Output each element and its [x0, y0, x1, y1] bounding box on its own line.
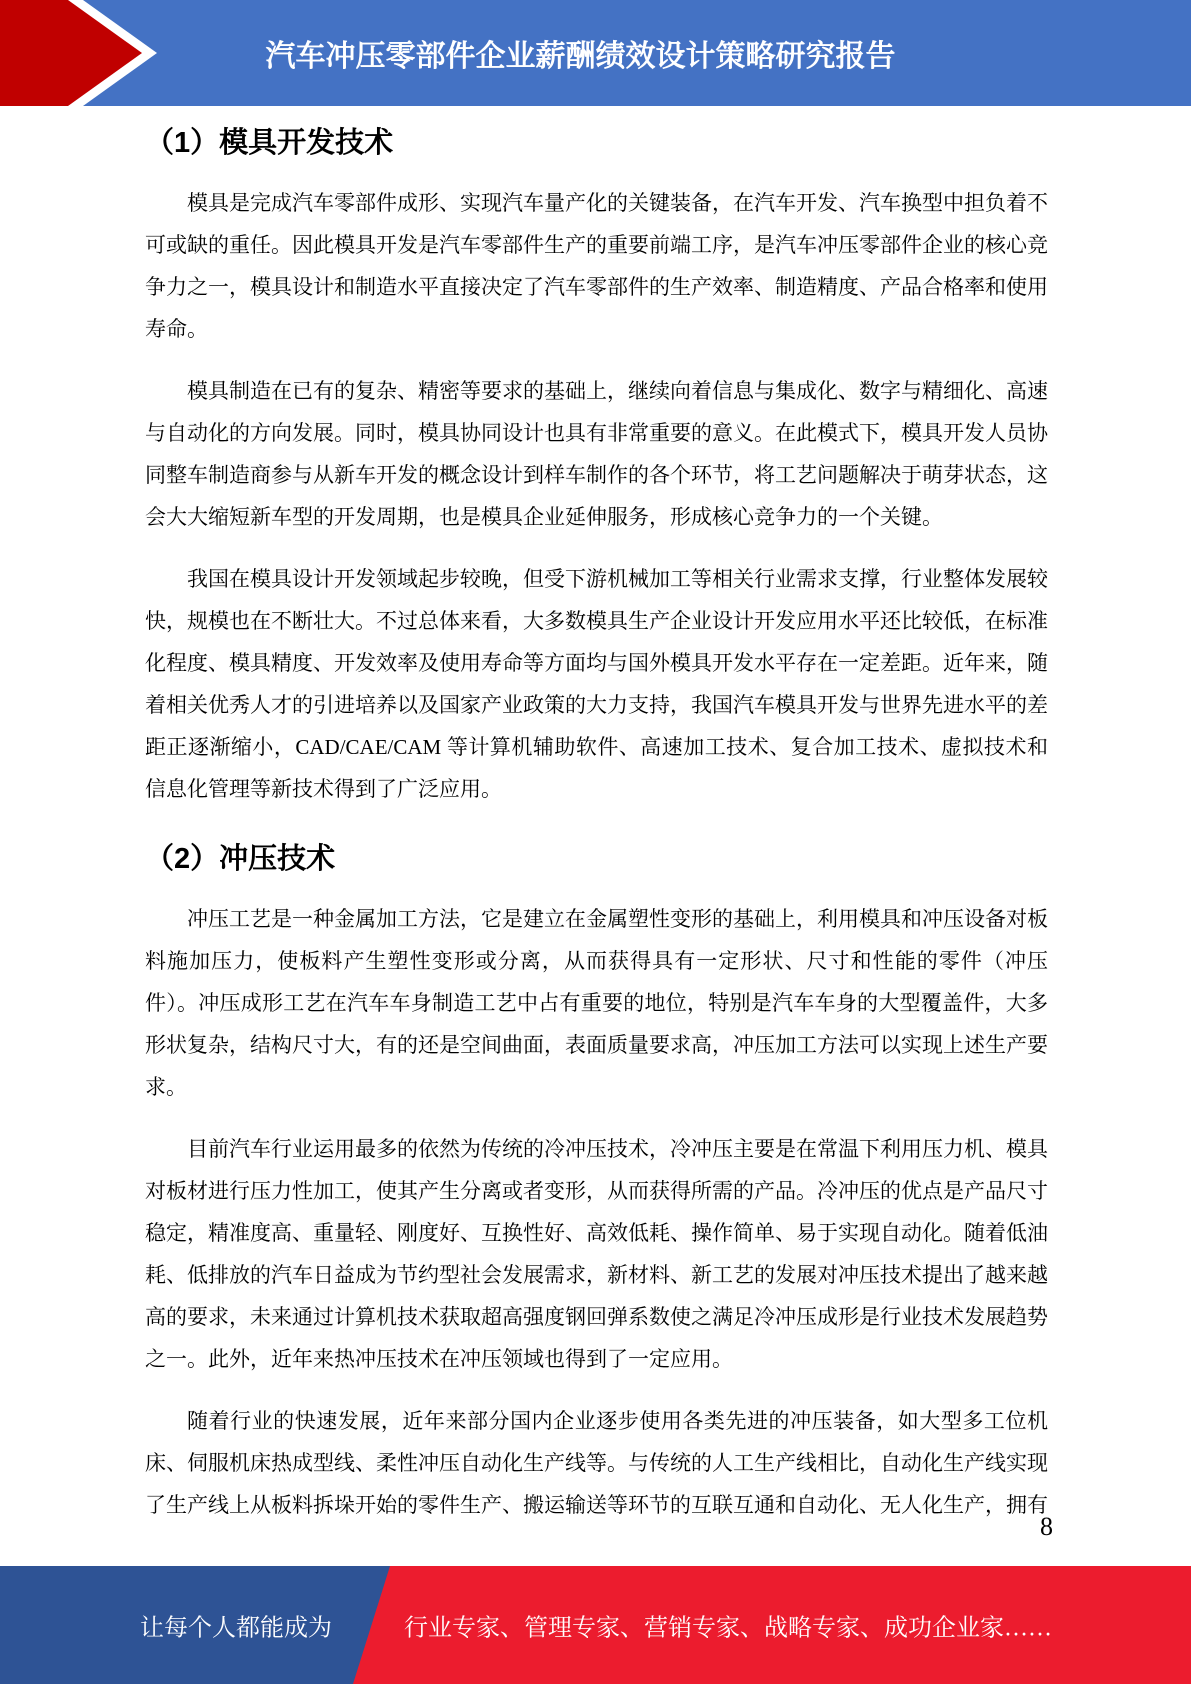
page-footer: 让每个人都能成为 行业专家、管理专家、营销专家、战略专家、成功企业家……: [0, 1566, 1191, 1684]
footer-slogan-left: 让每个人都能成为: [140, 1608, 332, 1643]
paragraph: 随着行业的快速发展，近年来部分国内企业逐步使用各类先进的冲压装备，如大型多工位机…: [145, 1400, 1048, 1526]
document-body: （1）模具开发技术 模具是完成汽车零部件成形、实现汽车量产化的关键装备，在汽车开…: [0, 106, 1191, 1526]
page-number: 8: [1040, 1512, 1053, 1542]
paragraph: 模具是完成汽车零部件成形、实现汽车量产化的关键装备，在汽车开发、汽车换型中担负着…: [145, 182, 1048, 350]
footer-slogan-right: 行业专家、管理专家、营销专家、战略专家、成功企业家……: [404, 1608, 1052, 1643]
report-header: 汽车冲压零部件企业薪酬绩效设计策略研究报告: [0, 0, 1191, 106]
section-stamping: （2）冲压技术 冲压工艺是一种金属加工方法，它是建立在金属塑性变形的基础上，利用…: [145, 840, 1048, 1526]
paragraph: 目前汽车行业运用最多的依然为传统的冷冲压技术，冷冲压主要是在常温下利用压力机、模…: [145, 1128, 1048, 1380]
paragraph: 模具制造在已有的复杂、精密等要求的基础上，继续向着信息与集成化、数字与精细化、高…: [145, 370, 1048, 538]
paragraph: 我国在模具设计开发领域起步较晚，但受下游机械加工等相关行业需求支撑，行业整体发展…: [145, 558, 1048, 810]
section-mold-development: （1）模具开发技术 模具是完成汽车零部件成形、实现汽车量产化的关键装备，在汽车开…: [145, 124, 1048, 810]
report-page: 汽车冲压零部件企业薪酬绩效设计策略研究报告 （1）模具开发技术 模具是完成汽车零…: [0, 0, 1191, 1684]
report-title: 汽车冲压零部件企业薪酬绩效设计策略研究报告: [266, 31, 896, 75]
section-heading-mold: （1）模具开发技术: [145, 124, 1048, 162]
section-heading-stamping: （2）冲压技术: [145, 840, 1048, 878]
red-arrow-icon: [0, 0, 170, 106]
paragraph: 冲压工艺是一种金属加工方法，它是建立在金属塑性变形的基础上，利用模具和冲压设备对…: [145, 898, 1048, 1108]
